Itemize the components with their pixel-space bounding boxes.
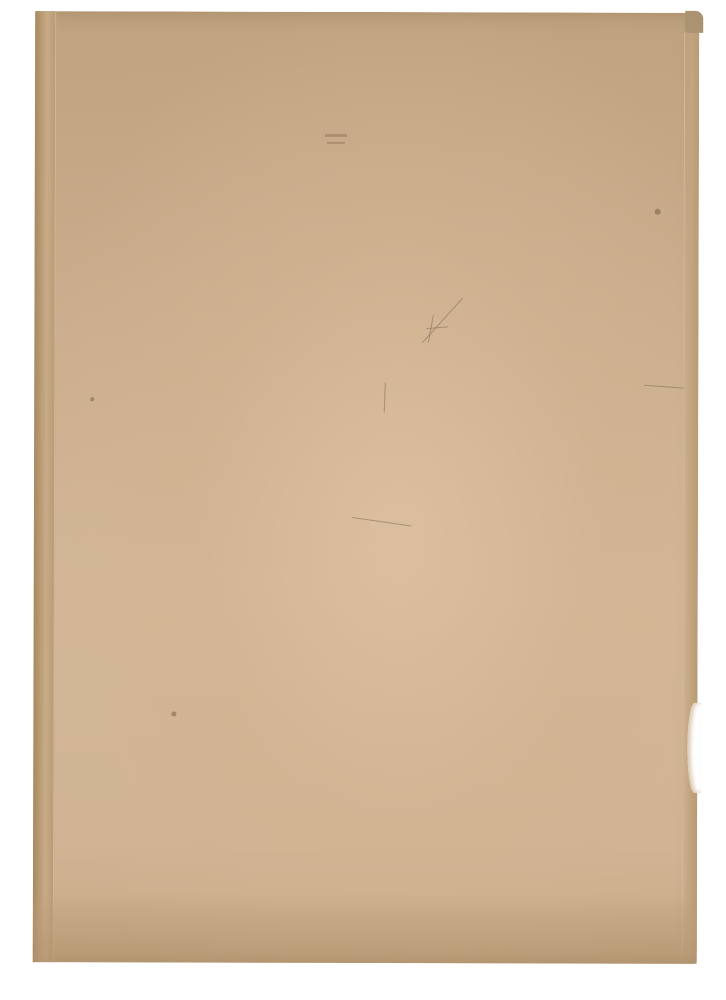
smudge-mark <box>327 142 345 144</box>
book-cover <box>33 11 699 964</box>
edge-tear <box>687 703 701 793</box>
scratch-mark <box>384 383 386 413</box>
smudge-mark <box>325 134 347 137</box>
worn-corner <box>685 11 703 33</box>
bottom-wear-band <box>33 892 697 964</box>
stain-spot <box>90 397 94 401</box>
stain-spot <box>171 711 176 716</box>
spine-edge <box>33 11 56 962</box>
fore-edge <box>682 33 699 954</box>
stain-spot <box>655 209 661 215</box>
scratch-mark <box>644 385 684 389</box>
scratch-mark <box>352 517 412 526</box>
